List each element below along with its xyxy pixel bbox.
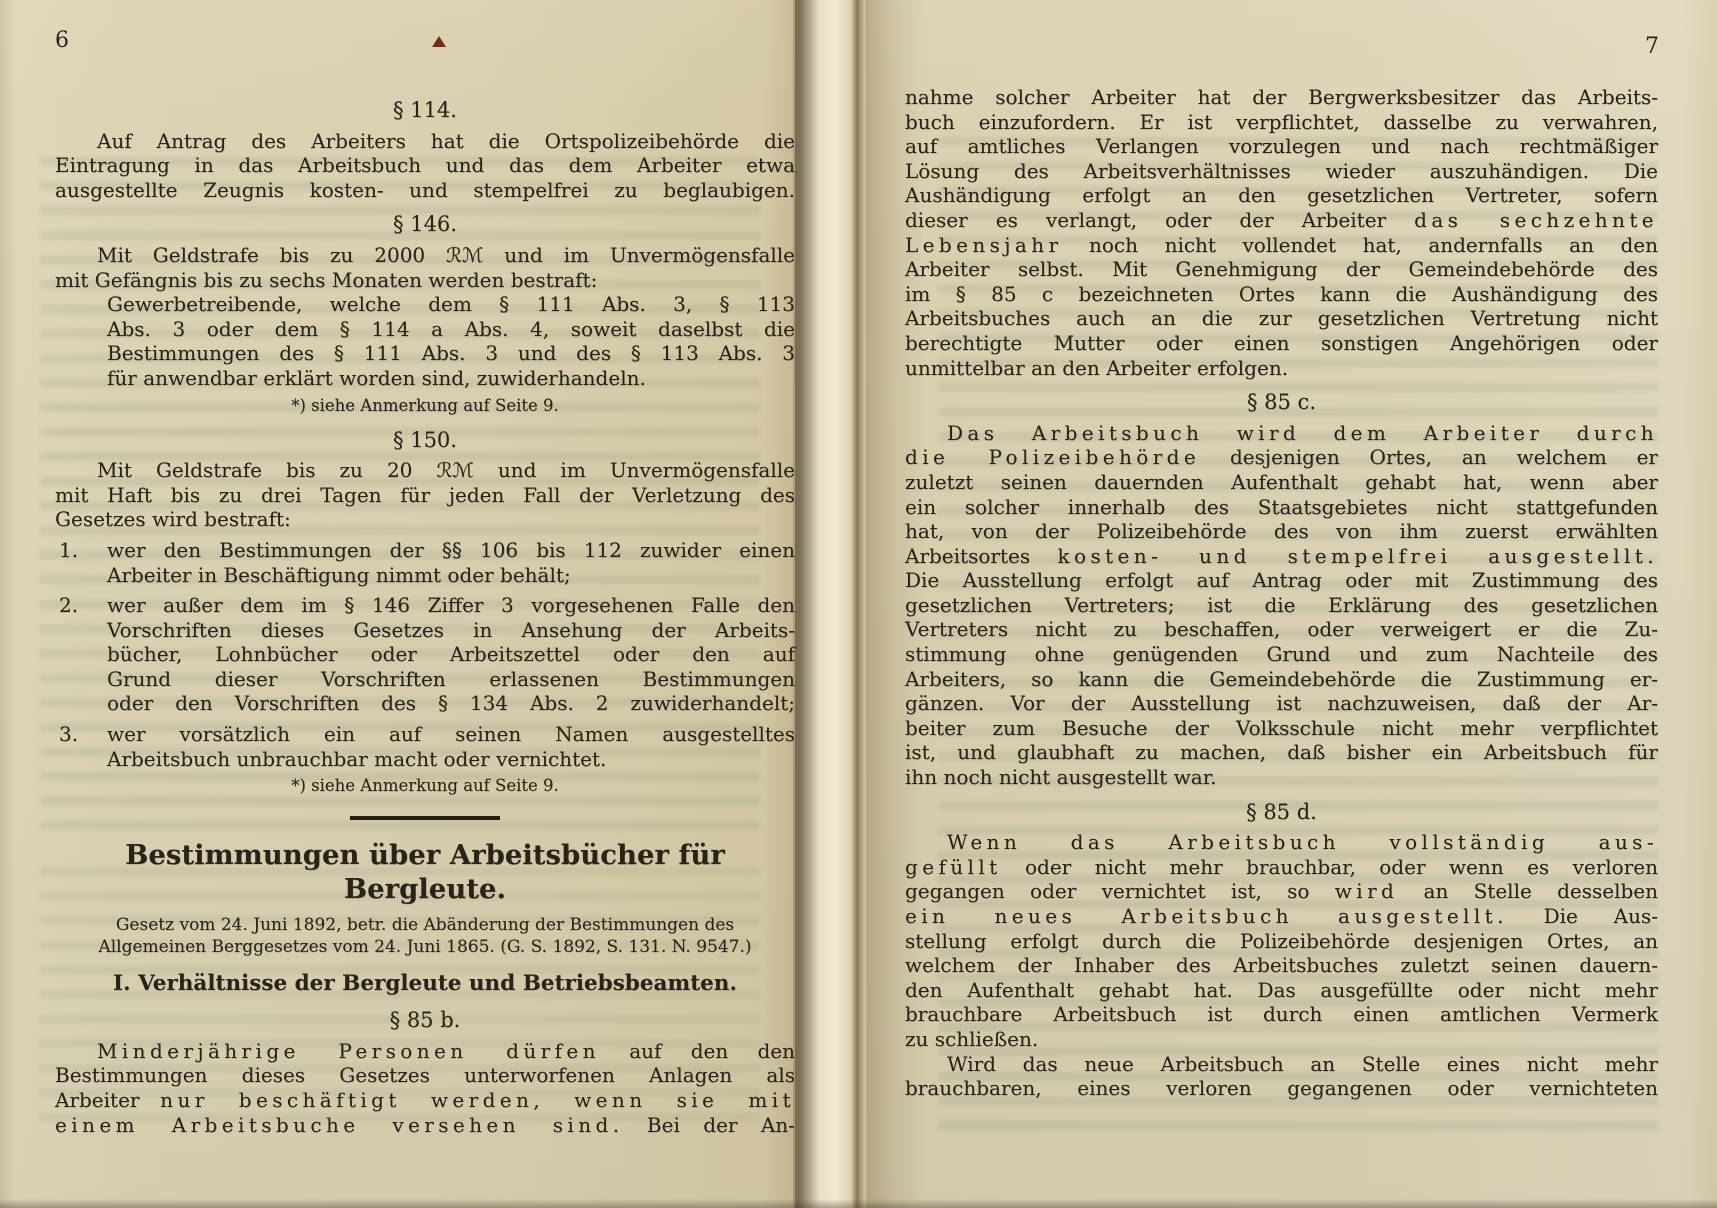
paragraph: nahme solcher Arbeiter hat der Bergwerks… <box>905 85 1658 380</box>
letterspaced-text: Minderjährige Personen dürfen <box>97 1039 600 1063</box>
book-spread: 6 § 114.Auf Antrag des Arbeiters hat die… <box>0 0 1717 1208</box>
list-number: 2. <box>59 593 78 618</box>
footnote-reference: *) siehe Anmerkung auf Seite 9. <box>55 775 795 796</box>
text-line: wer den Bestimmungen der §§ 106 bis 112 … <box>107 538 795 563</box>
citation-line: Gesetz vom 24. Juni 1892, betr. die Abän… <box>55 915 795 937</box>
letterspaced-text: einem Arbeitsbuche versehen sind. <box>55 1113 623 1137</box>
text-line: Gesetzes wird bestraft: <box>55 507 795 532</box>
text-line: zu schließen. <box>905 1027 1658 1052</box>
text-line: Wenn das Arbeitsbuch vollständig aus- <box>905 830 1658 855</box>
paragraph: Auf Antrag des Arbeiters hat die Ortspol… <box>55 129 795 203</box>
text-line: Minderjährige Personen dürfen auf den de… <box>55 1039 795 1064</box>
list-item: 2.wer außer dem im § 146 Ziffer 3 vorges… <box>55 593 795 716</box>
page-number: 6 <box>55 28 69 53</box>
ink-speck <box>432 36 446 47</box>
text-line: ausgestellte Zeugnis kosten- und stempel… <box>55 178 795 203</box>
left-text-column: § 114.Auf Antrag des Arbeiters hat die O… <box>55 88 795 1137</box>
right-page: 7 nahme solcher Arbeiter hat der Bergwer… <box>868 0 1717 1208</box>
text-line: berechtigte Mutter oder einen sonstigen … <box>905 331 1658 356</box>
letterspaced-text: nur beschäftigt werden, wenn sie mit <box>160 1088 795 1112</box>
text-line: ihn noch nicht ausgestellt war. <box>905 765 1658 790</box>
text-line: Arbeitsbuch unbrauchbar macht oder verni… <box>107 747 795 772</box>
text-line: oder den Vorschriften des § 134 Abs. 2 z… <box>107 691 795 716</box>
text-line: Gewerbetreibende, welche dem § 111 Abs. … <box>107 292 795 317</box>
law-citation: Gesetz vom 24. Juni 1892, betr. die Abän… <box>55 915 795 958</box>
text-line: Grund dieser Vorschriften erlassenen Bes… <box>107 667 795 692</box>
text-line: Arbeiter selbst. Mit Genehmigung der Gem… <box>905 257 1658 282</box>
text-line: Arbeiter in Beschäftigung nimmt oder beh… <box>107 563 795 588</box>
text-line: Die Ausstellung erfolgt auf Antrag oder … <box>905 568 1658 593</box>
text-line: Bestimmungen des § 111 Abs. 3 und des § … <box>107 341 795 366</box>
text-line: gegangen oder vernichtet ist, so wird an… <box>905 879 1658 904</box>
text-line: buch einzufordern. Er ist verpflichtet, … <box>905 110 1658 135</box>
text-line: brauchbaren, eines verloren gegangenen o… <box>905 1076 1658 1101</box>
text-line: brauchbare Arbeitsbuch ist durch einen a… <box>905 1002 1658 1027</box>
text-line: Bestimmungen dieses Gesetzes unterworfen… <box>55 1063 795 1088</box>
letterspaced-text: ein neues Arbeitsbuch ausgestellt. <box>905 904 1508 928</box>
text-line: ein solcher innerhalb des Staatsgebietes… <box>905 495 1658 520</box>
text-line: ein neues Arbeitsbuch ausgestellt. Die A… <box>905 904 1658 929</box>
text-line: stellung erfolgt durch die Polizeibehörd… <box>905 929 1658 954</box>
binding-gutter <box>793 0 871 1208</box>
text-line: Auf Antrag des Arbeiters hat die Ortspol… <box>55 129 795 154</box>
section-heading: § 114. <box>55 98 795 123</box>
text-line: ist, und glaubhaft zu machen, daß bisher… <box>905 740 1658 765</box>
text-line: mit Gefängnis bis zu sechs Monaten werde… <box>55 268 795 293</box>
section-heading: § 85 b. <box>55 1008 795 1033</box>
text-line: nahme solcher Arbeiter hat der Bergwerks… <box>905 85 1658 110</box>
footnote-reference: *) siehe Anmerkung auf Seite 9. <box>55 395 795 416</box>
text-line: auf amtliches Verlangen vorzulegen und n… <box>905 134 1658 159</box>
list-item: 3.wer vorsätzlich ein auf seinen Namen a… <box>55 722 795 771</box>
right-text-column: nahme solcher Arbeiter hat der Bergwerks… <box>905 85 1658 1101</box>
paragraph: Wenn das Arbeitsbuch vollständig aus-gef… <box>905 830 1658 1051</box>
text-line: wer vorsätzlich ein auf seinen Namen aus… <box>107 722 795 747</box>
text-line: dieser es verlangt, oder der Arbeiter da… <box>905 208 1658 233</box>
text-line: Mit Geldstrafe bis zu 2000 ℛℳ und im Unv… <box>55 243 795 268</box>
letterspaced-text: das sechzehnte <box>1414 208 1658 232</box>
text-line: welchem der Inhaber des Arbeitsbuches zu… <box>905 953 1658 978</box>
text-line: Arbeiters, so kann die Gemeindebehörde d… <box>905 667 1658 692</box>
paragraph: Minderjährige Personen dürfen auf den de… <box>55 1039 795 1137</box>
text-line: Lebensjahr noch nicht vollendet hat, and… <box>905 233 1658 258</box>
text-line: die Polizeibehörde desjenigen Ortes, an … <box>905 445 1658 470</box>
citation-line: Allgemeinen Berggesetzes vom 24. Juni 18… <box>55 937 795 959</box>
section-heading: § 146. <box>55 212 795 237</box>
letterspaced-text: Das Arbeitsbuch wird dem Arbeiter durch <box>947 421 1658 445</box>
paragraph: Das Arbeitsbuch wird dem Arbeiter durchd… <box>905 421 1658 790</box>
text-line: Lösung des Arbeitsverhältnisses wieder a… <box>905 159 1658 184</box>
text-line: Arbeitsortes kosten- und stempelfrei aus… <box>905 544 1658 569</box>
page-number: 7 <box>1645 34 1659 59</box>
paragraph: Gewerbetreibende, welche dem § 111 Abs. … <box>107 292 795 390</box>
text-line: Abs. 3 oder dem § 114 a Abs. 4, soweit d… <box>107 317 795 342</box>
text-line: Eintragung in das Arbeitsbuch und das de… <box>55 153 795 178</box>
text-line: mit Haft bis zu drei Tagen für jeden Fal… <box>55 483 795 508</box>
section-heading: § 85 d. <box>905 800 1658 825</box>
text-line: stimmung ohne genügenden Grund und zum N… <box>905 642 1658 667</box>
letterspaced-text: die Polizeibehörde <box>905 445 1200 469</box>
letterspaced-text: Wenn das Arbeitsbuch vollständig aus- <box>947 830 1658 854</box>
paragraph: Mit Geldstrafe bis zu 2000 ℛℳ und im Unv… <box>55 243 795 292</box>
text-line: im § 85 c bezeichneten Ortes kann die Au… <box>905 282 1658 307</box>
scan-bottom-edge <box>0 1199 1717 1208</box>
paragraph: Mit Geldstrafe bis zu 20 ℛℳ und im Unver… <box>55 458 795 532</box>
text-line: Wird das neue Arbeitsbuch an Stelle eine… <box>905 1052 1658 1077</box>
text-line: Arbeiter nur beschäftigt werden, wenn si… <box>55 1088 795 1113</box>
letterspaced-text: Lebensjahr <box>905 233 1062 257</box>
text-line: bücher, Lohnbücher oder Arbeitszettel od… <box>107 642 795 667</box>
text-line: Aushändigung erfolgt an den gesetzlichen… <box>905 183 1658 208</box>
text-line: für anwendbar erklärt worden sind, zuwid… <box>107 366 795 391</box>
part-heading: I. Verhältnisse der Bergleute und Betrie… <box>55 970 795 998</box>
text-line: Das Arbeitsbuch wird dem Arbeiter durch <box>905 421 1658 446</box>
text-line: Arbeitsbuches auch an die zur gesetzlich… <box>905 306 1658 331</box>
section-divider <box>350 816 500 820</box>
text-line: unmittelbar an den Arbeiter erfolgen. <box>905 356 1658 381</box>
text-line: zuletzt seinen dauernden Aufenthalt geha… <box>905 470 1658 495</box>
text-line: gesetzlichen Vertreters; ist die Erkläru… <box>905 593 1658 618</box>
text-line: hat, von der Polizeibehörde des von ihm … <box>905 519 1658 544</box>
chapter-title: Bestimmungen über Arbeitsbücher für Berg… <box>55 838 795 906</box>
letterspaced-text: wird <box>1335 879 1398 903</box>
letterspaced-text: gefüllt <box>905 855 1002 879</box>
list-number: 3. <box>59 722 78 747</box>
text-line: einem Arbeitsbuche versehen sind. Bei de… <box>55 1113 795 1138</box>
paragraph: Wird das neue Arbeitsbuch an Stelle eine… <box>905 1052 1658 1101</box>
text-line: Vertreters nicht zu beschaffen, oder ver… <box>905 617 1658 642</box>
text-line: gänzen. Vor der Ausstellung ist nachzuwe… <box>905 691 1658 716</box>
text-line: gefüllt oder nicht mehr brauchbar, oder … <box>905 855 1658 880</box>
list-number: 1. <box>59 538 78 563</box>
text-line: wer außer dem im § 146 Ziffer 3 vorgeseh… <box>107 593 795 618</box>
section-heading: § 150. <box>55 428 795 453</box>
letterspaced-text: kosten- und stempelfrei ausgestellt. <box>1058 544 1659 568</box>
text-line: Mit Geldstrafe bis zu 20 ℛℳ und im Unver… <box>55 458 795 483</box>
list-item: 1.wer den Bestimmungen der §§ 106 bis 11… <box>55 538 795 587</box>
text-line: den Aufenthalt gehabt hat. Das ausgefüll… <box>905 978 1658 1003</box>
left-page: 6 § 114.Auf Antrag des Arbeiters hat die… <box>0 0 795 1208</box>
text-line: beiter zum Besuche der Volksschule nicht… <box>905 716 1658 741</box>
section-heading: § 85 c. <box>905 390 1658 415</box>
text-line: Vorschriften dieses Gesetzes in Ansehung… <box>107 618 795 643</box>
